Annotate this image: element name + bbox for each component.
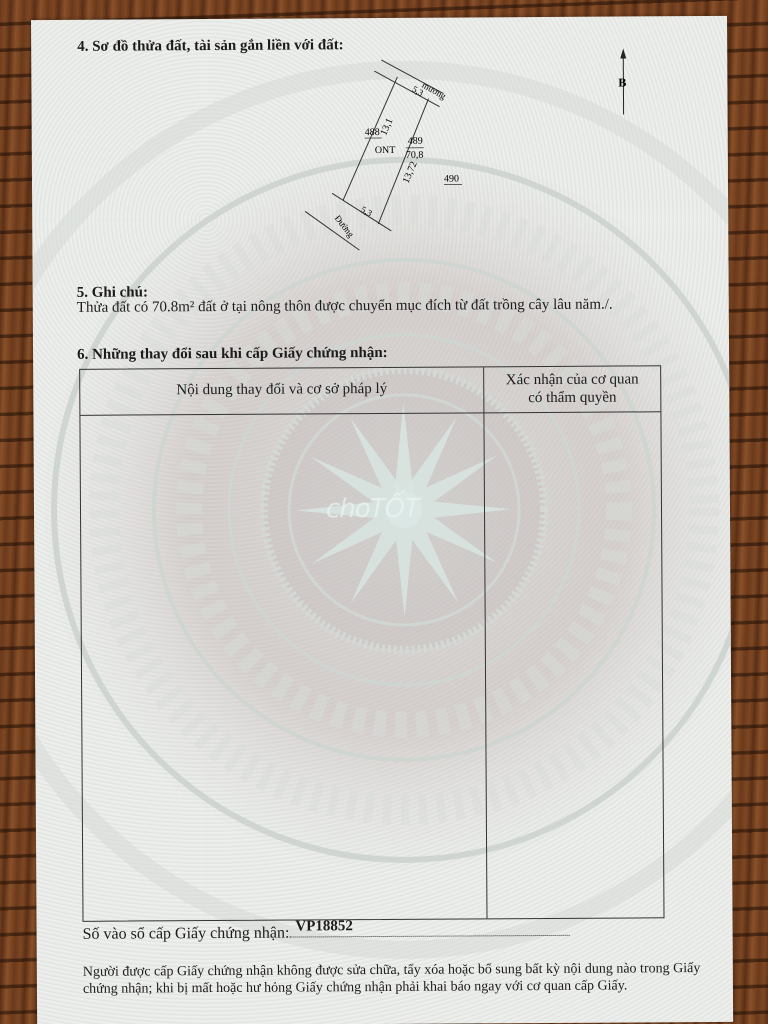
registration-code: VP18852 xyxy=(295,918,353,935)
section-6-heading: 6. Những thay đổi sau khi cấp Giấy chứng… xyxy=(77,345,388,364)
table-header-changes: Nội dung thay đổi và cơ sở pháp lý xyxy=(80,380,483,399)
parcel-area: 70,8 xyxy=(406,150,424,161)
dim-bottom: 5,3 xyxy=(359,204,374,219)
table-header-confirmation: Xác nhận của cơ quan có thẩm quyền xyxy=(484,370,660,407)
section-4-heading: 4. Sơ đồ thửa đất, tài sản gắn liền với … xyxy=(77,37,344,56)
north-arrow-icon: B xyxy=(611,46,635,116)
table-header-confirmation-line2: có thẩm quyền xyxy=(484,388,660,407)
table-header-confirmation-line1: Xác nhận của cơ quan xyxy=(484,370,660,389)
section-5-note: Thửa đất có 70.8m² đất ở tại nông thôn đ… xyxy=(77,297,613,317)
certificate-page: 4. Sơ đồ thửa đất, tài sản gắn liền với … xyxy=(31,16,733,1024)
land-type: ONT xyxy=(375,145,396,156)
warning-notice: Người được cấp Giấy chứng nhận không đượ… xyxy=(83,960,703,998)
neighbor-490: 490 xyxy=(444,174,459,185)
parcel-sketch: 488 13,1 ONT 489 70,8 13,72 490 mương 5,… xyxy=(271,57,512,268)
table-column-divider xyxy=(483,367,487,918)
registration-line: Số vào sổ cấp Giấy chứng nhận:VP18852 xyxy=(83,923,570,944)
changes-table: Nội dung thay đổi và cơ sở pháp lý Xác n… xyxy=(79,365,664,922)
north-label: B xyxy=(618,75,626,89)
registration-label: Số vào sổ cấp Giấy chứng nhận: xyxy=(83,925,290,943)
dim-left: 13,1 xyxy=(378,117,395,137)
chotot-watermark: choTỐT xyxy=(326,494,419,525)
registration-dotted-field: VP18852 xyxy=(289,935,569,938)
parcel-number: 489 xyxy=(408,136,423,147)
dim-right: 13,72 xyxy=(401,160,420,185)
road-label: Đường xyxy=(333,213,357,239)
table-header-divider xyxy=(80,411,660,416)
